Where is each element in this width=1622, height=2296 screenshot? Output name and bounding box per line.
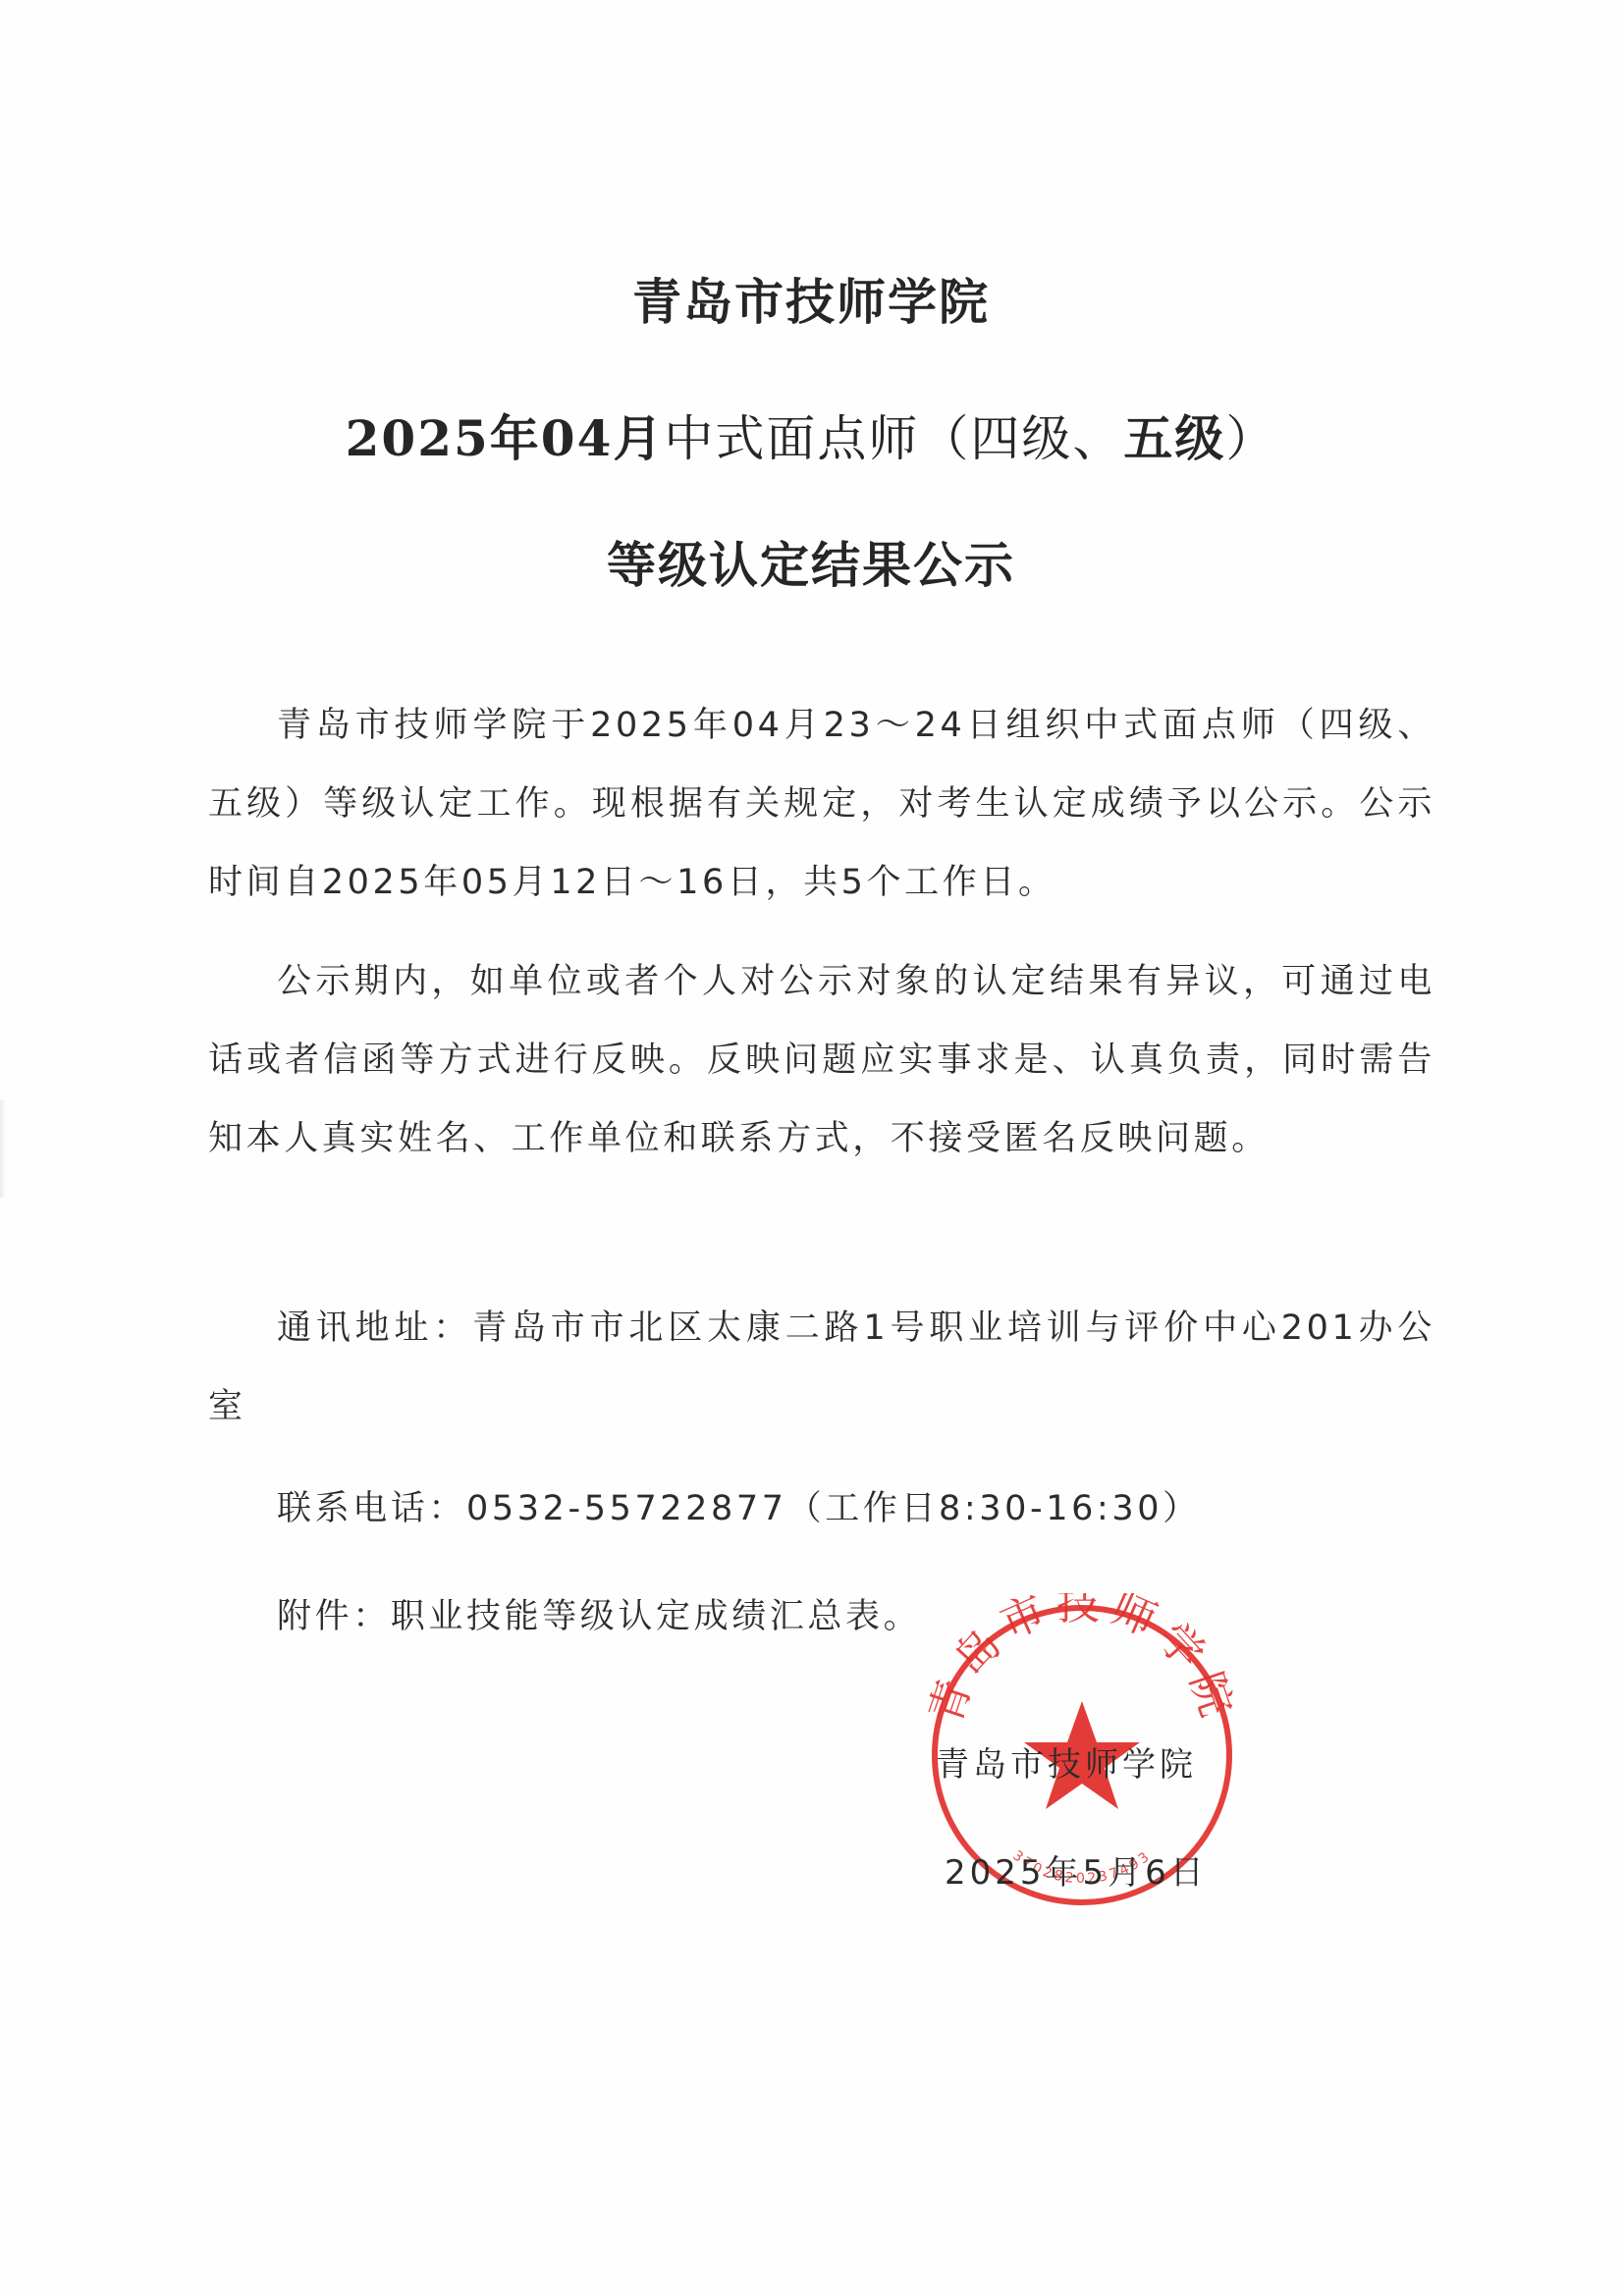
title-date: 2025年04月 (346, 409, 665, 467)
paragraph-phone: 联系电话：0532-55722877（工作日8:30-16:30） (208, 1469, 1435, 1548)
title-level-five: 五级 (1123, 409, 1225, 467)
title-notice: 等级认定结果公示 (0, 536, 1622, 595)
paragraph-address: 通讯地址：青岛市市北区太康二路1号职业培训与评价中心201办公室 (208, 1289, 1435, 1446)
signature-date: 2025年5月6日 (945, 1845, 1208, 1894)
title-institution: 青岛市技师学院 (0, 273, 1622, 332)
title-occupation: 中式面点师（四级、 (664, 410, 1123, 467)
paragraph-objection: 公示期内，如单位或者个人对公示对象的认定结果有异议，可通过电话或者信函等方式进行… (208, 942, 1435, 1178)
signature-organization: 青岛市技师学院 (936, 1737, 1197, 1786)
document-page: 青岛市技师学院 2025年04月中式面点师（四级、五级） 等级认定结果公示 青岛… (0, 0, 1622, 2296)
title-close-paren: ） (1225, 410, 1276, 467)
scan-artifact (0, 1099, 6, 1198)
paragraph-intro: 青岛市技师学院于2025年04月23～24日组织中式面点师（四级、五级）等级认定… (208, 686, 1435, 922)
title-subject: 2025年04月中式面点师（四级、五级） (0, 409, 1622, 468)
paragraph-attachment: 附件：职业技能等级认定成绩汇总表。 (208, 1577, 1435, 1656)
